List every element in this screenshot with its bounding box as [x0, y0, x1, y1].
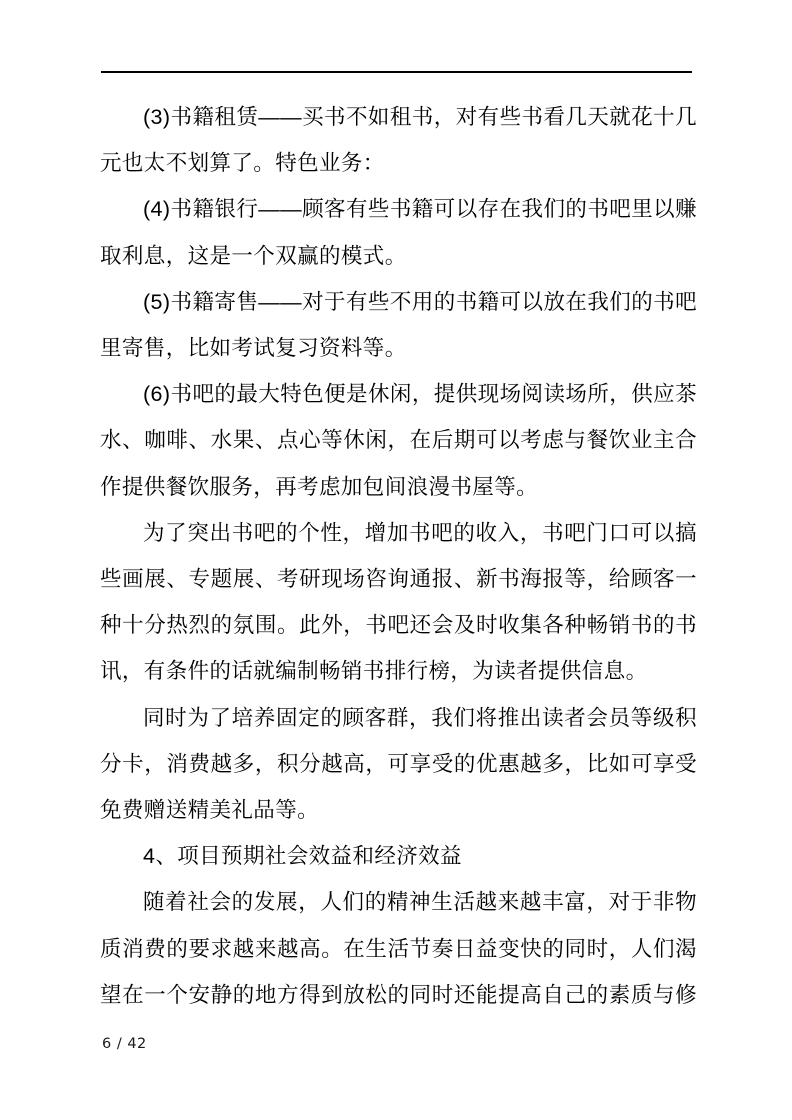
section-heading: 4、项目预期社会效益和经济效益	[100, 833, 697, 879]
paragraph-membership: 同时为了培养固定的顾客群，我们将推出读者会员等级积分卡，消费越多，积分越高，可享…	[100, 695, 697, 834]
header-rule	[101, 71, 692, 73]
page-number-indicator: 6 / 42	[102, 1036, 147, 1052]
paragraph-item-5: (5)书籍寄售——对于有些不用的书籍可以放在我们的书吧里寄售，比如考试复习资料等…	[100, 279, 697, 371]
paragraph-social-benefit: 随着社会的发展，人们的精神生活越来越丰富，对于非物质消费的要求越来越高。在生活节…	[100, 879, 697, 1024]
paragraph-item-3: (3)书籍租赁——买书不如租书，对有些书看几天就花十几元也太不划算了。特色业务：	[100, 94, 697, 186]
paragraph-promotion: 为了突出书吧的个性，增加书吧的收入，书吧门口可以搞些画展、专题展、考研现场咨询通…	[100, 510, 697, 695]
paragraph-item-4: (4)书籍银行——顾客有些书籍可以存在我们的书吧里以赚取利息，这是一个双赢的模式…	[100, 186, 697, 278]
paragraph-item-6: (6)书吧的最大特色便是休闲，提供现场阅读场所，供应茶水、咖啡、水果、点心等休闲…	[100, 371, 697, 510]
document-body: (3)书籍租赁——买书不如租书，对有些书看几天就花十几元也太不划算了。特色业务：…	[100, 94, 697, 1024]
document-page: (3)书籍租赁——买书不如租书，对有些书看几天就花十几元也太不划算了。特色业务：…	[0, 0, 792, 1120]
